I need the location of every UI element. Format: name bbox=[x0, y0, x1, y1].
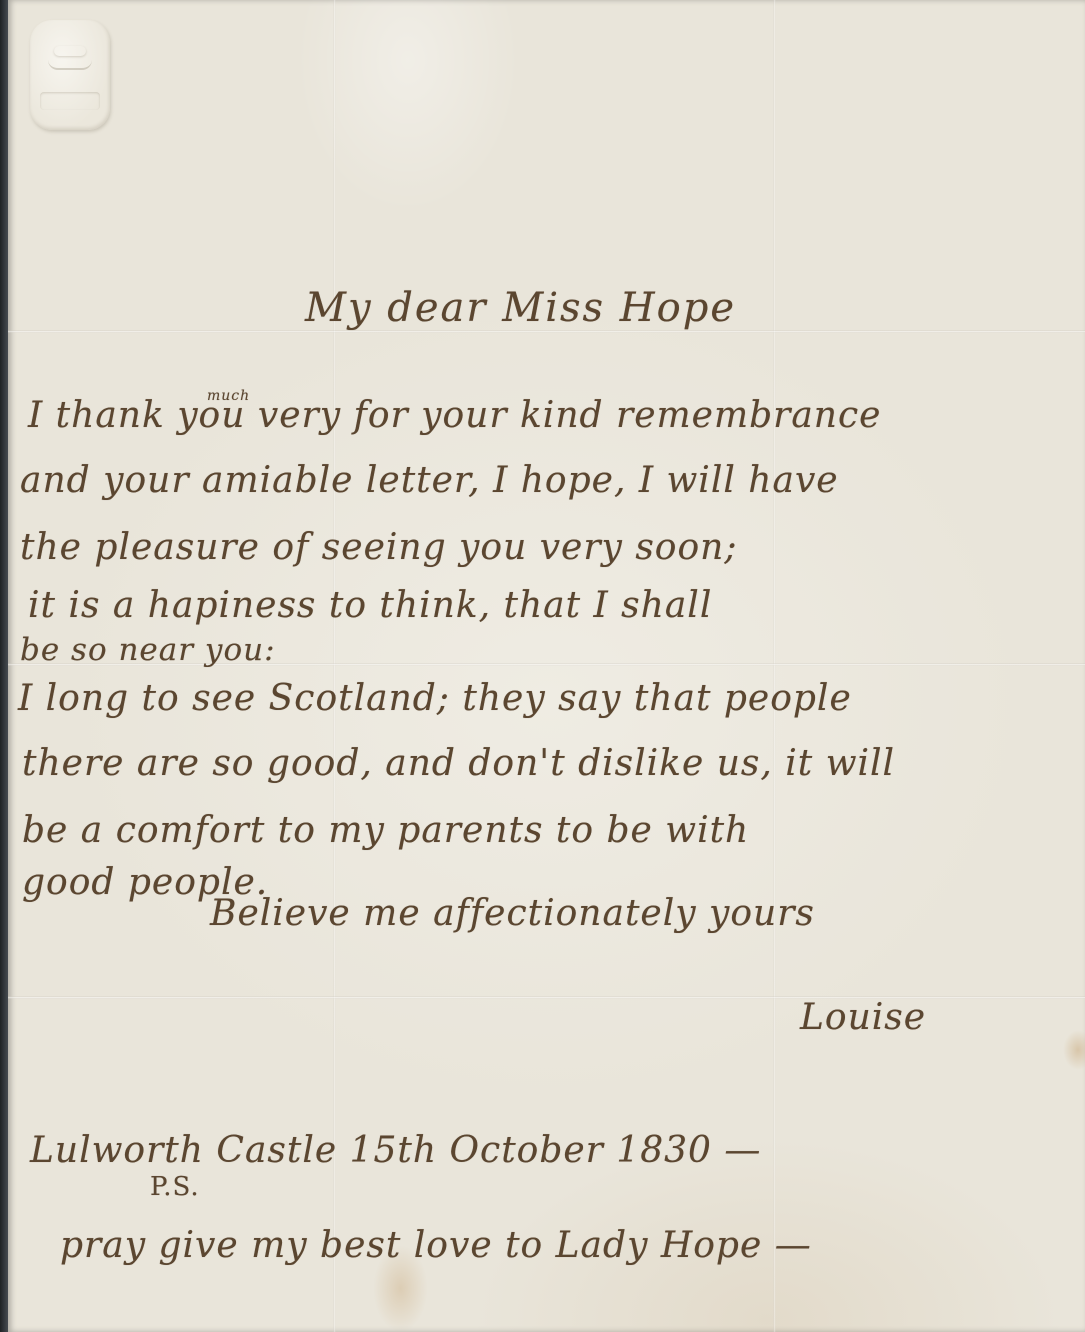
signature: Louise bbox=[800, 997, 926, 1038]
body-line: I thank you very for your kind remembran… bbox=[28, 395, 881, 436]
salutation: My dear Miss Hope bbox=[305, 285, 736, 331]
postscript: pray give my best love to Lady Hope — bbox=[60, 1225, 812, 1266]
closing: Believe me affectionately yours bbox=[210, 893, 815, 934]
seal-band-emboss bbox=[40, 92, 100, 110]
dateline: Lulworth Castle 15th October 1830 — bbox=[30, 1130, 761, 1171]
embossed-seal-icon bbox=[30, 20, 110, 130]
body-line: there are so good, and don't dislike us,… bbox=[22, 743, 895, 784]
fold-line-vertical bbox=[773, 0, 776, 1332]
crown-emboss bbox=[48, 42, 92, 70]
body-line: and your amiable letter, I hope, I will … bbox=[20, 460, 839, 501]
body-line: I long to see Scotland; they say that pe… bbox=[18, 678, 852, 719]
stain-mark bbox=[1063, 1030, 1085, 1070]
ps-label: P.S. bbox=[150, 1172, 200, 1202]
body-line: be a comfort to my parents to be with bbox=[22, 810, 749, 851]
body-line: it is a hapiness to think, that I shall bbox=[28, 585, 712, 626]
body-line: be so near you: bbox=[20, 632, 276, 668]
body-line: the pleasure of seeing you very soon; bbox=[20, 527, 737, 568]
